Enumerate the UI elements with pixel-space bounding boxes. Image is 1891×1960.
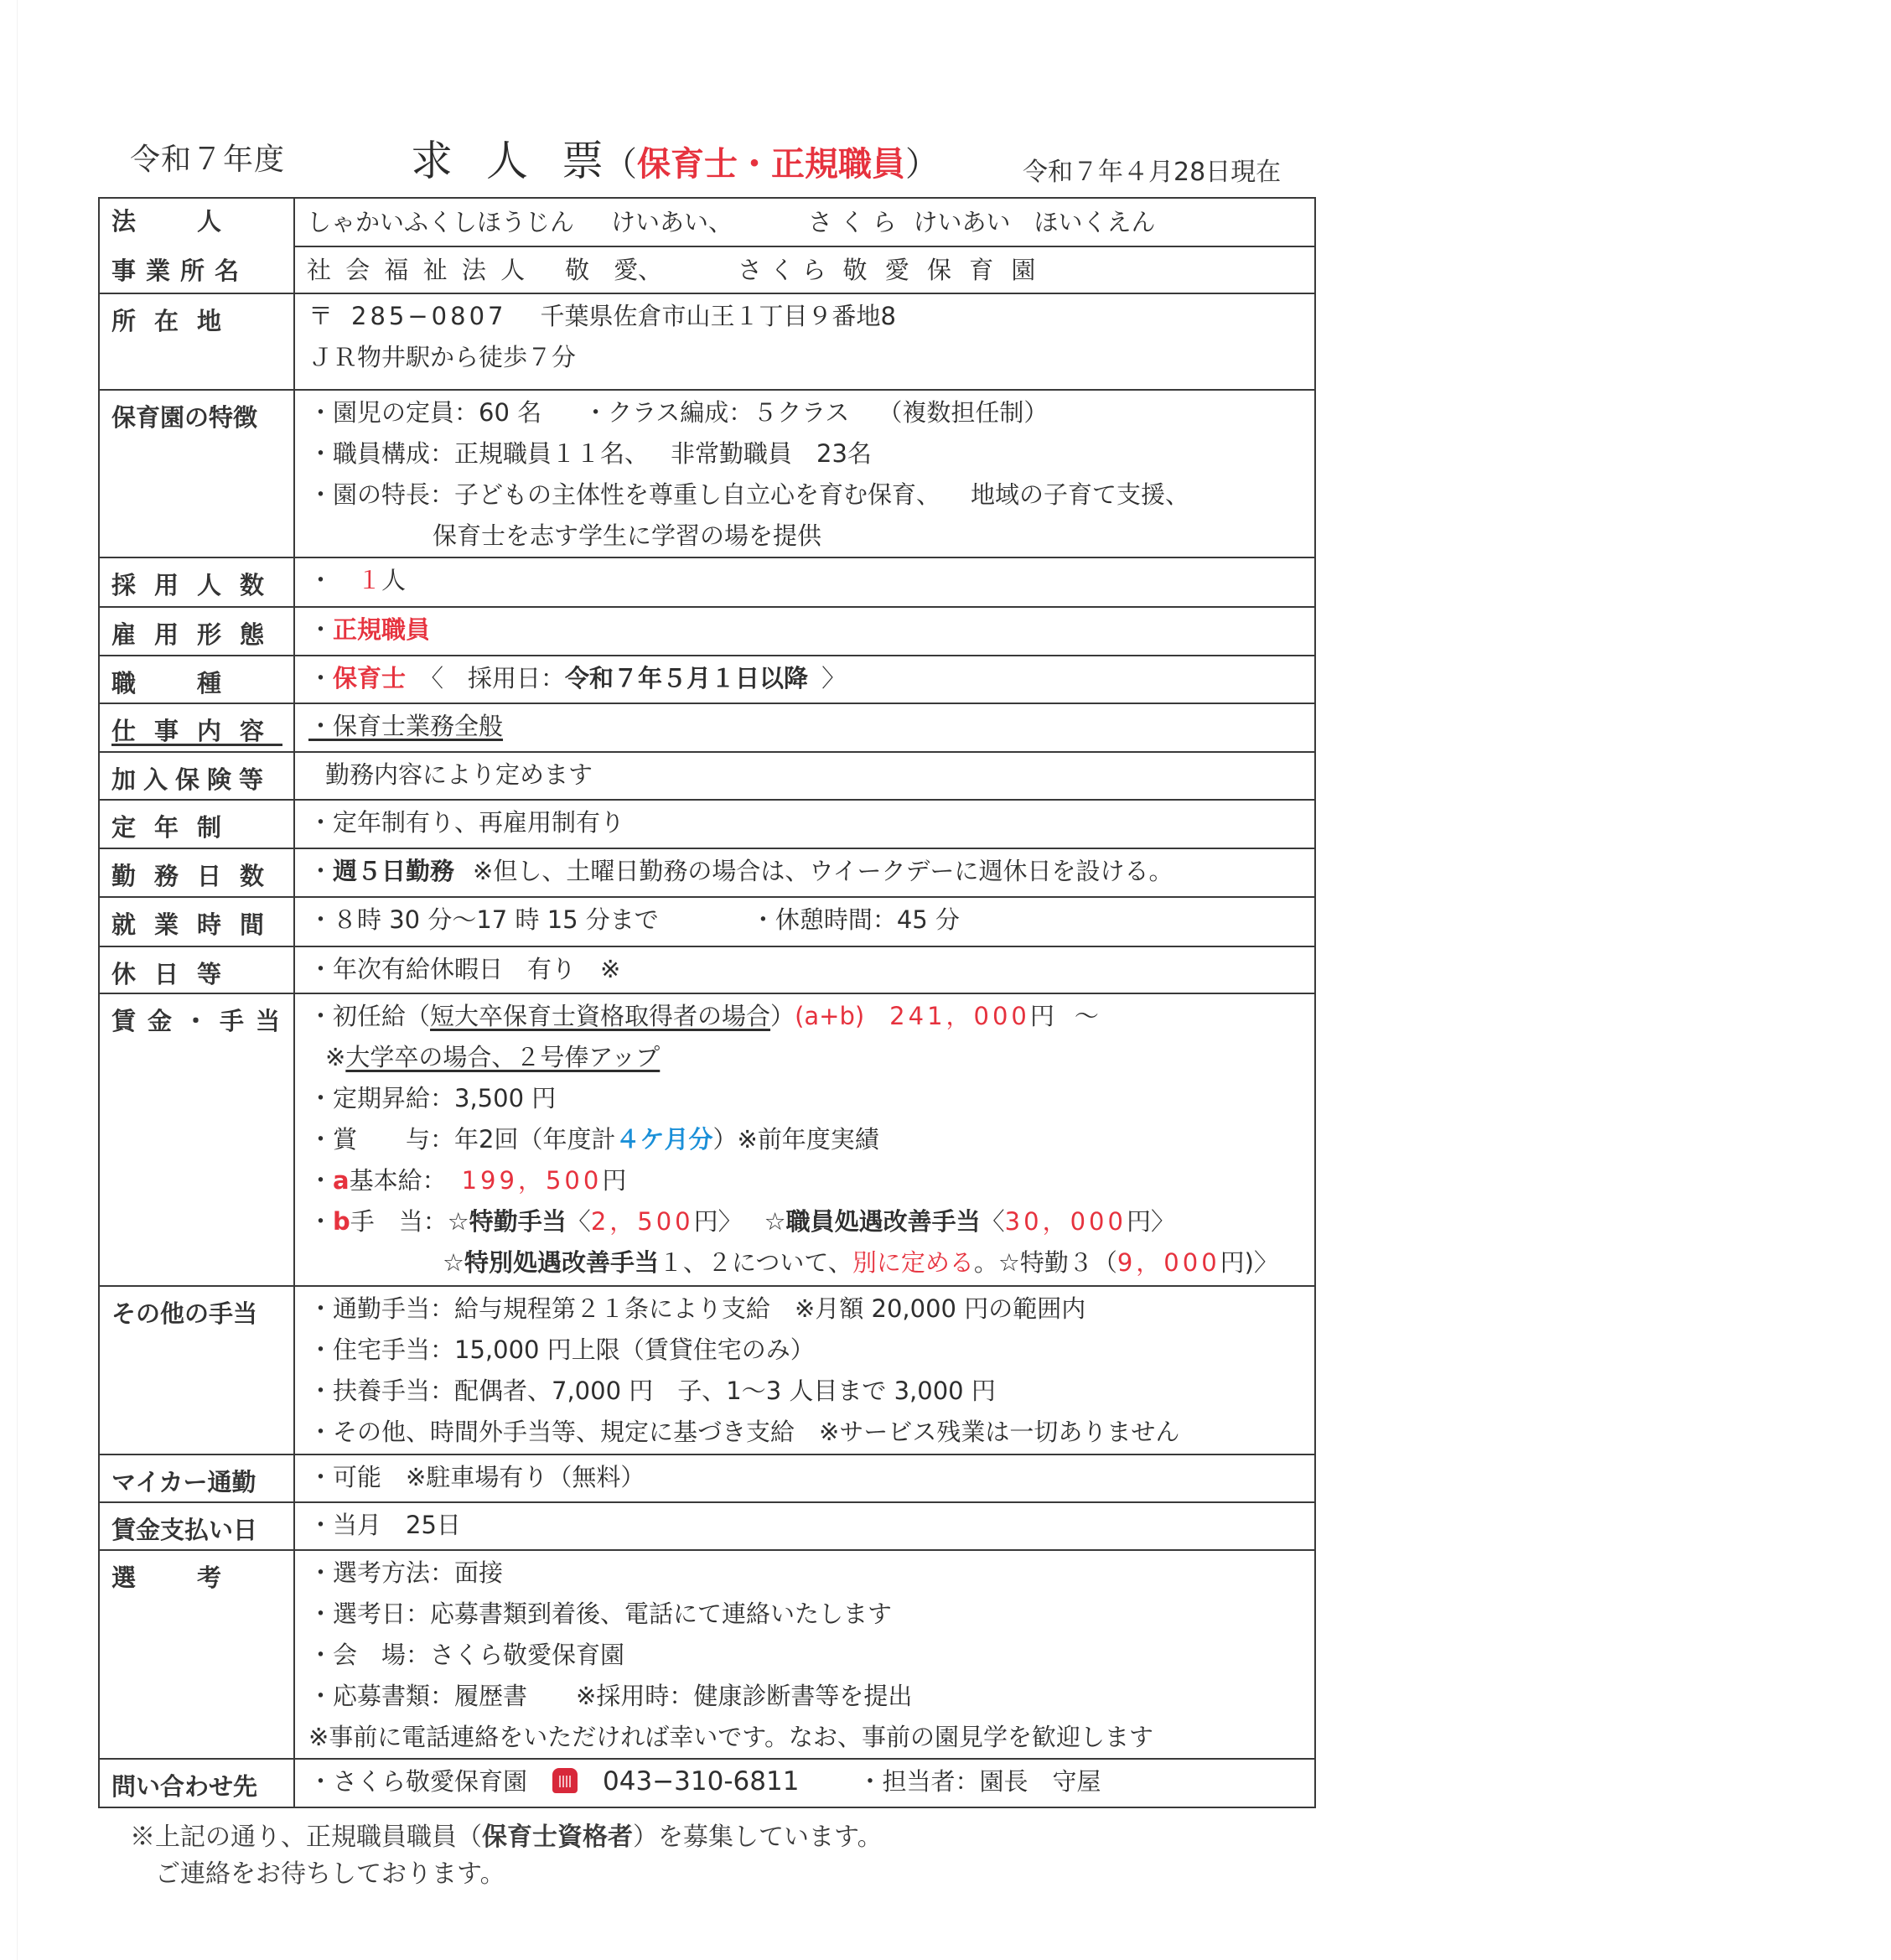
- value-duties: 保育士業務全般: [294, 703, 1315, 752]
- family-allowance: 扶養手当：配偶者、7,000 円 子、1〜3 人目まで 3,000 円: [308, 1377, 996, 1405]
- label-employment: 雇用形態: [99, 607, 294, 656]
- row-duties: 仕事内容 保育士業務全般: [99, 703, 1315, 752]
- footer-text-a: ※上記の通り、正規職員職員（: [130, 1823, 482, 1852]
- traits-2: 地域の子育て支援、: [971, 480, 1189, 509]
- selection-note: ※事前に電話連絡をいただければ幸いです。なお、事前の園見学を歓迎します: [308, 1717, 1314, 1758]
- title-char: 票: [562, 127, 604, 188]
- value-car: 可能 ※駐車場有り（無料）: [294, 1454, 1315, 1502]
- kana-facility-1: さ く ら: [808, 208, 896, 236]
- kana-facility-2: けいあい: [913, 208, 1010, 236]
- street-address: 千葉県佐倉市山王１丁目９番地8: [540, 302, 895, 330]
- label-job-text: 職 種: [111, 669, 240, 697]
- label-car: マイカー通勤: [99, 1454, 294, 1502]
- label-insurance: 加入保険等: [99, 752, 294, 800]
- application-documents: 応募書類：履歴書 ※採用時：健康診断書等を提出: [308, 1682, 912, 1710]
- value-workdays: 週５日勤務※但し、土曜日勤務の場合は、ウイークデーに週休日を設ける。: [294, 848, 1315, 897]
- allowance-4-amount: 9，000: [1117, 1248, 1220, 1277]
- value-employment: 正規職員: [294, 607, 1315, 656]
- workdays-note: ※但し、土曜日勤務の場合は、ウイークデーに週休日を設ける。: [473, 857, 1173, 885]
- row-selection: 選 考 選考方法：面接 選考日：応募書類到着後、電話にて連絡いたします 会 場：…: [99, 1550, 1315, 1759]
- contact-phone[interactable]: 043−310-6811: [603, 1766, 799, 1797]
- value-retirement: 定年制有り、再雇用制有り: [294, 800, 1315, 848]
- bonus-months: ４ケ月分: [615, 1125, 712, 1154]
- contact-person: 担当者：園長 守屋: [857, 1767, 1101, 1796]
- label-salary-text: 賃金・手当: [111, 1007, 292, 1035]
- telephone-icon: [552, 1768, 578, 1793]
- title-char: 求: [411, 127, 453, 188]
- row-hires: 採用人数 １人: [99, 557, 1315, 607]
- postal-mark: 〒: [308, 302, 333, 330]
- yen-unit: 円: [1030, 1002, 1054, 1030]
- label-corp-line1: 法 人: [111, 209, 293, 252]
- allowance-3-name: ☆特別処遇改善手当: [443, 1248, 659, 1277]
- selection-venue: 会 場：さくら敬愛保育園: [308, 1641, 624, 1669]
- duties: 保育士業務全般: [333, 712, 503, 740]
- yen-unit: 円: [694, 1207, 718, 1236]
- label-features-text: 保育園の特徴: [111, 403, 257, 432]
- label-retirement-text: 定年制: [111, 813, 240, 842]
- job-type: 保育士: [333, 664, 406, 692]
- allowance-2-name: ☆職員処遇改善手当: [764, 1207, 981, 1236]
- row-features: 保育園の特徴 園児の定員：60 名クラス編成：５クラス（複数担任制） 職員構成：…: [99, 390, 1315, 557]
- allowance-3-end: 。☆特勤３（: [974, 1248, 1117, 1277]
- yen-unit: 円: [602, 1166, 626, 1195]
- scan-edge: [17, 0, 18, 1960]
- row-retirement: 定年制 定年制有り、再雇用制有り: [99, 800, 1315, 848]
- label-hours: 就業時間: [99, 897, 294, 946]
- facility-name-2: 敬 愛 保 育 園: [843, 256, 1041, 284]
- label-corp-line2: 事業所名: [111, 252, 293, 287]
- value-contact: さくら敬愛保育園043−310-6811担当者：園長 守屋: [294, 1759, 1315, 1807]
- label-selection: 選 考: [99, 1550, 294, 1759]
- value-payday: 当月 25日: [294, 1502, 1315, 1550]
- bonus-label: 賞 与：年2回（年度計: [308, 1125, 615, 1154]
- label-job: 職 種: [99, 656, 294, 703]
- traits-1: 子どもの主体性を尊重し自立心を育む保育、: [454, 480, 940, 509]
- selection-method: 選考方法：面接: [308, 1558, 503, 1587]
- allow-label-b: b: [333, 1207, 350, 1236]
- starting-salary-formula: (a+b): [795, 1002, 864, 1030]
- value-features: 園児の定員：60 名クラス編成：５クラス（複数担任制） 職員構成：正規職員１１名…: [294, 390, 1315, 557]
- regular-raise: 定期昇給：3,500 円: [308, 1084, 556, 1112]
- yen-unit: 円: [1127, 1207, 1151, 1236]
- staff-part-time: 非常勤職員 23名: [671, 439, 872, 468]
- page-title: 求人票（保育士・正規職員）: [411, 127, 939, 188]
- label-contact: 問い合わせ先: [99, 1759, 294, 1807]
- commute-allowance: 通勤手当：給与規程第２１条により支給 ※月額 20,000 円の範囲内: [308, 1294, 1085, 1323]
- starting-salary-close: ）: [770, 1002, 795, 1030]
- employment-type: 正規職員: [333, 615, 430, 644]
- classes: クラス編成：５クラス: [583, 398, 849, 427]
- label-duties: 仕事内容: [99, 703, 294, 752]
- value-hours: ８時 30 分〜17 時 15 分まで休憩時間：45 分: [294, 897, 1315, 946]
- value-other-allowances: 通勤手当：給与規程第２１条により支給 ※月額 20,000 円の範囲内 住宅手当…: [294, 1286, 1315, 1454]
- label-address-text: 所在地: [111, 307, 240, 335]
- start-date-close: 〉: [821, 664, 846, 692]
- housing-allowance: 住宅手当：15,000 円上限（賃貸住宅のみ）: [308, 1335, 815, 1364]
- selection-date: 選考日：応募書類到着後、電話にて連絡いたします: [308, 1600, 892, 1628]
- allowance-1-name: ☆特勤手当: [448, 1207, 567, 1236]
- job-posting-table: 法 人 事業所名 しゃかいふくしほうじんけいあい、さ く らけいあいほいくえん …: [98, 197, 1316, 1808]
- postal-code: 285−0807: [351, 302, 506, 330]
- label-payday-text: 賃金支払い日: [111, 1516, 257, 1544]
- label-holidays-text: 休日等: [111, 960, 240, 988]
- starting-salary-condition: 短大卒保育士資格取得者の場合: [430, 1002, 770, 1030]
- start-date-label: 〈 採用日：: [419, 664, 565, 692]
- car-commute: 可能 ※駐車場有り（無料）: [308, 1463, 645, 1491]
- facility-name-1: さ く ら: [738, 256, 826, 284]
- fiscal-year: 令和７年度: [130, 136, 285, 179]
- kana-facility-3: ほいくえん: [1034, 208, 1155, 236]
- row-contact: 問い合わせ先 さくら敬愛保育園043−310-6811担当者：園長 守屋: [99, 1759, 1315, 1807]
- hires-unit: 人: [381, 566, 406, 594]
- work-hours: ８時 30 分〜17 時 15 分まで: [308, 905, 659, 934]
- starting-salary-label: 初任給（: [308, 1002, 430, 1030]
- label-workdays: 勤務日数: [99, 848, 294, 897]
- label-insurance-text: 加入保険等: [111, 765, 271, 794]
- label-car-text: マイカー通勤: [111, 1468, 256, 1496]
- workdays: 週５日勤務: [333, 857, 454, 885]
- traits-3: 保育士を志す学生に学習の場を提供: [308, 516, 1314, 557]
- allowance-1-amount: 2，500: [591, 1207, 694, 1236]
- row-holidays: 休日等 年次有給休暇日 有り ※: [99, 946, 1315, 993]
- value-address: 〒285−0807千葉県佐倉市山王１丁目９番地8 ＪＲ物井駅から徒歩７分: [294, 293, 1315, 390]
- title-char: 人: [486, 127, 528, 188]
- hires-prefix: [308, 566, 357, 594]
- kana-corp-type: しゃかいふくしほうじん: [307, 208, 574, 236]
- contact-facility: さくら敬愛保育園: [308, 1767, 527, 1796]
- row-address: 所在地 〒285−0807千葉県佐倉市山王１丁目９番地8 ＪＲ物井駅から徒歩７分: [99, 293, 1315, 390]
- label-hires-text: 採用人数: [111, 571, 282, 599]
- value-insurance: 勤務内容により定めます: [294, 752, 1315, 800]
- label-retirement: 定年制: [99, 800, 294, 848]
- university-note: 大学卒の場合、２号俸アップ: [345, 1043, 660, 1071]
- label-workdays-text: 勤務日数: [111, 862, 282, 890]
- staff-regular: 職員構成：正規職員１１名、: [308, 439, 649, 468]
- row-hours: 就業時間 ８時 30 分〜17 時 15 分まで休憩時間：45 分: [99, 897, 1315, 946]
- value-corp-kana: しゃかいふくしほうじんけいあい、さ く らけいあいほいくえん: [294, 198, 1315, 246]
- as-of-date: 令和７年４月28日現在: [1023, 151, 1281, 188]
- label-duties-text: 仕事内容: [111, 717, 282, 745]
- bonus-note: ）※前年度実績: [712, 1125, 878, 1154]
- holidays: 年次有給休暇日 有り ※: [308, 955, 620, 983]
- hires-count: １: [357, 566, 381, 594]
- allowance-label: 手 当：: [350, 1207, 448, 1236]
- value-salary: 初任給（短大卒保育士資格取得者の場合）(a+b)241，000円〜 ※大学卒の場…: [294, 993, 1315, 1286]
- corp-type: 社 会 福 祉 法 人: [307, 256, 528, 284]
- label-corp: 法 人 事業所名: [99, 198, 294, 293]
- capacity: 園児の定員：60 名: [308, 398, 541, 427]
- label-hires: 採用人数: [99, 557, 294, 607]
- footer-line-1: ※上記の通り、正規職員職員（保育士資格者）を募集しています。: [130, 1816, 883, 1853]
- row-employment: 雇用形態 正規職員: [99, 607, 1315, 656]
- label-selection-text: 選 考: [111, 1563, 240, 1592]
- row-corp-kana: 法 人 事業所名 しゃかいふくしほうじんけいあい、さ く らけいあいほいくえん: [99, 198, 1315, 246]
- univ-mark: ※: [325, 1043, 345, 1071]
- overtime-allowance: その他、時間外手当等、規定に基づき支給 ※サービス残業は一切ありません: [308, 1418, 1179, 1446]
- label-payday: 賃金支払い日: [99, 1502, 294, 1550]
- allowance-3-text: １、２について、: [659, 1248, 852, 1277]
- subtitle-close: ）: [905, 145, 939, 184]
- allowance-3-note: 別に定める: [852, 1248, 974, 1277]
- base-salary-amount: 199，500: [462, 1166, 603, 1195]
- allowance-2-amount: 30，000: [1005, 1207, 1127, 1236]
- row-workdays: 勤務日数 週５日勤務※但し、土曜日勤務の場合は、ウイークデーに週休日を設ける。: [99, 848, 1315, 897]
- row-other-allowances: その他の手当 通勤手当：給与規程第２１条により支給 ※月額 20,000 円の範…: [99, 1286, 1315, 1454]
- label-other-allowances-text: その他の手当: [111, 1299, 257, 1328]
- label-hours-text: 就業時間: [111, 910, 282, 939]
- value-corp-kanji: 社 会 福 祉 法 人敬 愛、さ く ら敬 愛 保 育 園: [294, 246, 1315, 293]
- allowance-4-close: 円)〉: [1220, 1248, 1278, 1277]
- row-salary: 賃金・手当 初任給（短大卒保育士資格取得者の場合）(a+b)241，000円〜 …: [99, 993, 1315, 1286]
- base-label-a: a: [333, 1166, 350, 1195]
- classes-note: （複数担任制）: [878, 398, 1048, 427]
- footer-text-c: ）を募集しています。: [633, 1823, 883, 1852]
- value-hires: １人: [294, 557, 1315, 607]
- access-info: ＪＲ物井駅から徒歩７分: [308, 337, 1314, 378]
- payday: 当月 25日: [308, 1511, 461, 1539]
- row-payday: 賃金支払い日 当月 25日: [99, 1502, 1315, 1550]
- retirement: 定年制有り、再雇用制有り: [308, 808, 624, 837]
- traits-label: 園の特長：: [308, 480, 454, 509]
- value-holidays: 年次有給休暇日 有り ※: [294, 946, 1315, 993]
- row-car: マイカー通勤 可能 ※駐車場有り（無料）: [99, 1454, 1315, 1502]
- label-features: 保育園の特徴: [99, 390, 294, 557]
- kana-corp-name: けいあい、: [611, 208, 733, 236]
- tilde: 〜: [1075, 1002, 1099, 1030]
- label-holidays: 休日等: [99, 946, 294, 993]
- base-salary-label: 基本給：: [350, 1166, 447, 1195]
- row-insurance: 加入保険等 勤務内容により定めます: [99, 752, 1315, 800]
- label-salary: 賃金・手当: [99, 993, 294, 1286]
- value-job: 保育士〈 採用日：令和７年５月１日以降〉: [294, 656, 1315, 703]
- page-subtitle: 保育士・正規職員: [637, 145, 905, 184]
- start-date: 令和７年５月１日以降: [565, 664, 808, 692]
- label-employment-text: 雇用形態: [111, 620, 282, 649]
- starting-salary-amount: 241，000: [889, 1002, 1030, 1030]
- label-other-allowances: その他の手当: [99, 1286, 294, 1454]
- value-selection: 選考方法：面接 選考日：応募書類到着後、電話にて連絡いたします 会 場：さくら敬…: [294, 1550, 1315, 1759]
- corp-name: 敬 愛、: [565, 256, 662, 284]
- subtitle-open: （: [604, 145, 637, 184]
- footer-line-2: ご連絡をお待ちしております。: [155, 1853, 505, 1890]
- insurance: 勤務内容により定めます: [308, 754, 1314, 796]
- break-time: 休憩時間：45 分: [751, 905, 960, 934]
- label-address: 所在地: [99, 293, 294, 390]
- label-contact-text: 問い合わせ先: [111, 1772, 257, 1801]
- footer-qualification: 保育士資格者: [482, 1823, 633, 1852]
- row-job: 職 種 保育士〈 採用日：令和７年５月１日以降〉: [99, 656, 1315, 703]
